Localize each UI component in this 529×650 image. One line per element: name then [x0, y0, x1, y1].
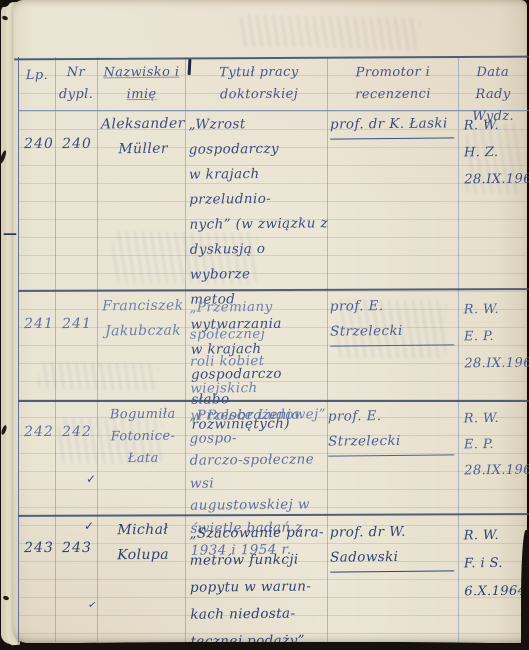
column-header-lp: Lp.: [20, 65, 54, 87]
row-241-promoter: prof. E. Strzelecki: [330, 293, 455, 346]
row-242-promoter: prof. E. Strzelecki: [328, 403, 455, 456]
row-240-name: Aleksander Müller: [101, 112, 186, 163]
row-240-promoter: prof. dr K. Łaski: [330, 111, 454, 139]
row-241-name: Franciszek Jakubczak: [101, 294, 186, 345]
column-header-promoter: Promotor i recenzenci: [330, 61, 456, 106]
row-240-date: R. W. H. Z. 28.IX.1964: [464, 112, 527, 194]
table-border-left: [18, 57, 19, 642]
check-mark: ✓: [86, 472, 96, 486]
row-240-lp: 240: [24, 132, 54, 157]
row-240-nr: 240: [60, 132, 94, 157]
row-241-date: R. W. E. P. 28.IX.1964: [464, 296, 527, 378]
column-header-name: Nazwisko i imię: [99, 62, 184, 107]
row-243-date: R. W. F. i S. 6.X.1964: [464, 522, 527, 607]
row-242-date: R. W. E. P. 28.IX.1964: [464, 406, 527, 485]
desk-shadow-corner: [521, 530, 529, 650]
row-243-lp: 243: [24, 536, 54, 561]
table-line-col5: [458, 57, 459, 642]
row-243-promoter: prof. dr W. Sadowski: [330, 519, 455, 572]
column-header-nr: Nr dypl.: [56, 62, 96, 106]
check-mark: ✓: [84, 519, 94, 533]
row-243-nr: 243: [60, 536, 94, 561]
table-line-col2: [97, 57, 98, 642]
row-241-lp: 241: [24, 312, 54, 337]
table-line-col1: [55, 57, 56, 642]
row-243-name: Michał Kolupa: [101, 518, 186, 569]
row-243-title: „Szacowanie para- metrów funkcji popytu …: [189, 519, 330, 650]
column-header-title: Tytuł pracy doktorskiej: [195, 61, 323, 106]
row-242-name: Bogumiła Fotonice-Łata: [99, 404, 188, 471]
row-241-nr: 241: [60, 312, 94, 337]
row-242-lp: 242: [24, 420, 54, 445]
row-242-nr: 242: [60, 420, 94, 445]
scanned-notebook-photo: Lp. Nr dypl. Nazwisko i imię Tytuł pracy…: [0, 0, 529, 650]
table-line-col3: [185, 57, 186, 642]
margin-dash-mark: —: [3, 226, 17, 242]
desk-shadow-bottom: [0, 642, 529, 650]
